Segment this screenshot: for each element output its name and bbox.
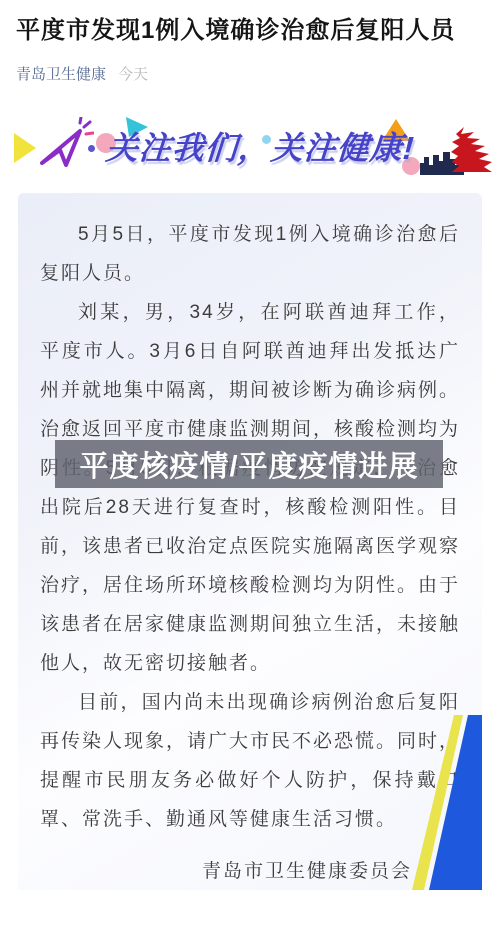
- article-title: 平度市发现1例入境确诊治愈后复阳人员: [16, 14, 484, 48]
- banner-slogan-left: 关注我们，: [105, 130, 273, 166]
- banner-image[interactable]: 关注我们，关注健康!: [0, 109, 500, 185]
- banner-slogan: 关注我们，关注健康!: [104, 123, 416, 169]
- watermark-overlay: 平度核疫情/平度疫情进展: [55, 440, 443, 488]
- account-name-link[interactable]: 青岛卫生健康: [16, 66, 106, 83]
- banner-slogan-right: 关注健康!: [270, 130, 416, 166]
- publish-time: 今天: [118, 66, 148, 83]
- cursor-click-icon: [34, 117, 94, 177]
- article-header: 平度市发现1例入境确诊治愈后复阳人员 青岛卫生健康今天: [0, 0, 500, 85]
- paragraph: 5月5日，平度市发现1例入境确诊治愈后复阳人员。: [40, 215, 460, 293]
- page: 平度市发现1例入境确诊治愈后复阳人员 青岛卫生健康今天 关注我们，关注健康!: [0, 0, 500, 929]
- signature: 青岛市卫生健康委员会: [40, 857, 460, 887]
- red-sculpture-icon: [450, 125, 494, 173]
- byline: 青岛卫生健康今天: [16, 65, 484, 85]
- corner-ribbon-icon: [402, 715, 482, 890]
- watermark-text: 平度核疫情/平度疫情进展: [79, 444, 418, 485]
- article-card: 5月5日，平度市发现1例入境确诊治愈后复阳人员。 刘某，男，34岁，在阿联酋迪拜…: [18, 193, 482, 890]
- blue-dot-icon: [88, 145, 95, 152]
- paragraph: 刘某，男，34岁，在阿联酋迪拜工作，平度市人。3月6日自阿联酋迪拜出发抵达广州并…: [40, 293, 460, 683]
- paragraph: 目前，国内尚未出现确诊病例治愈后复阳再传染人现象，请广大市民不必恐慌。同时，提醒…: [40, 683, 460, 839]
